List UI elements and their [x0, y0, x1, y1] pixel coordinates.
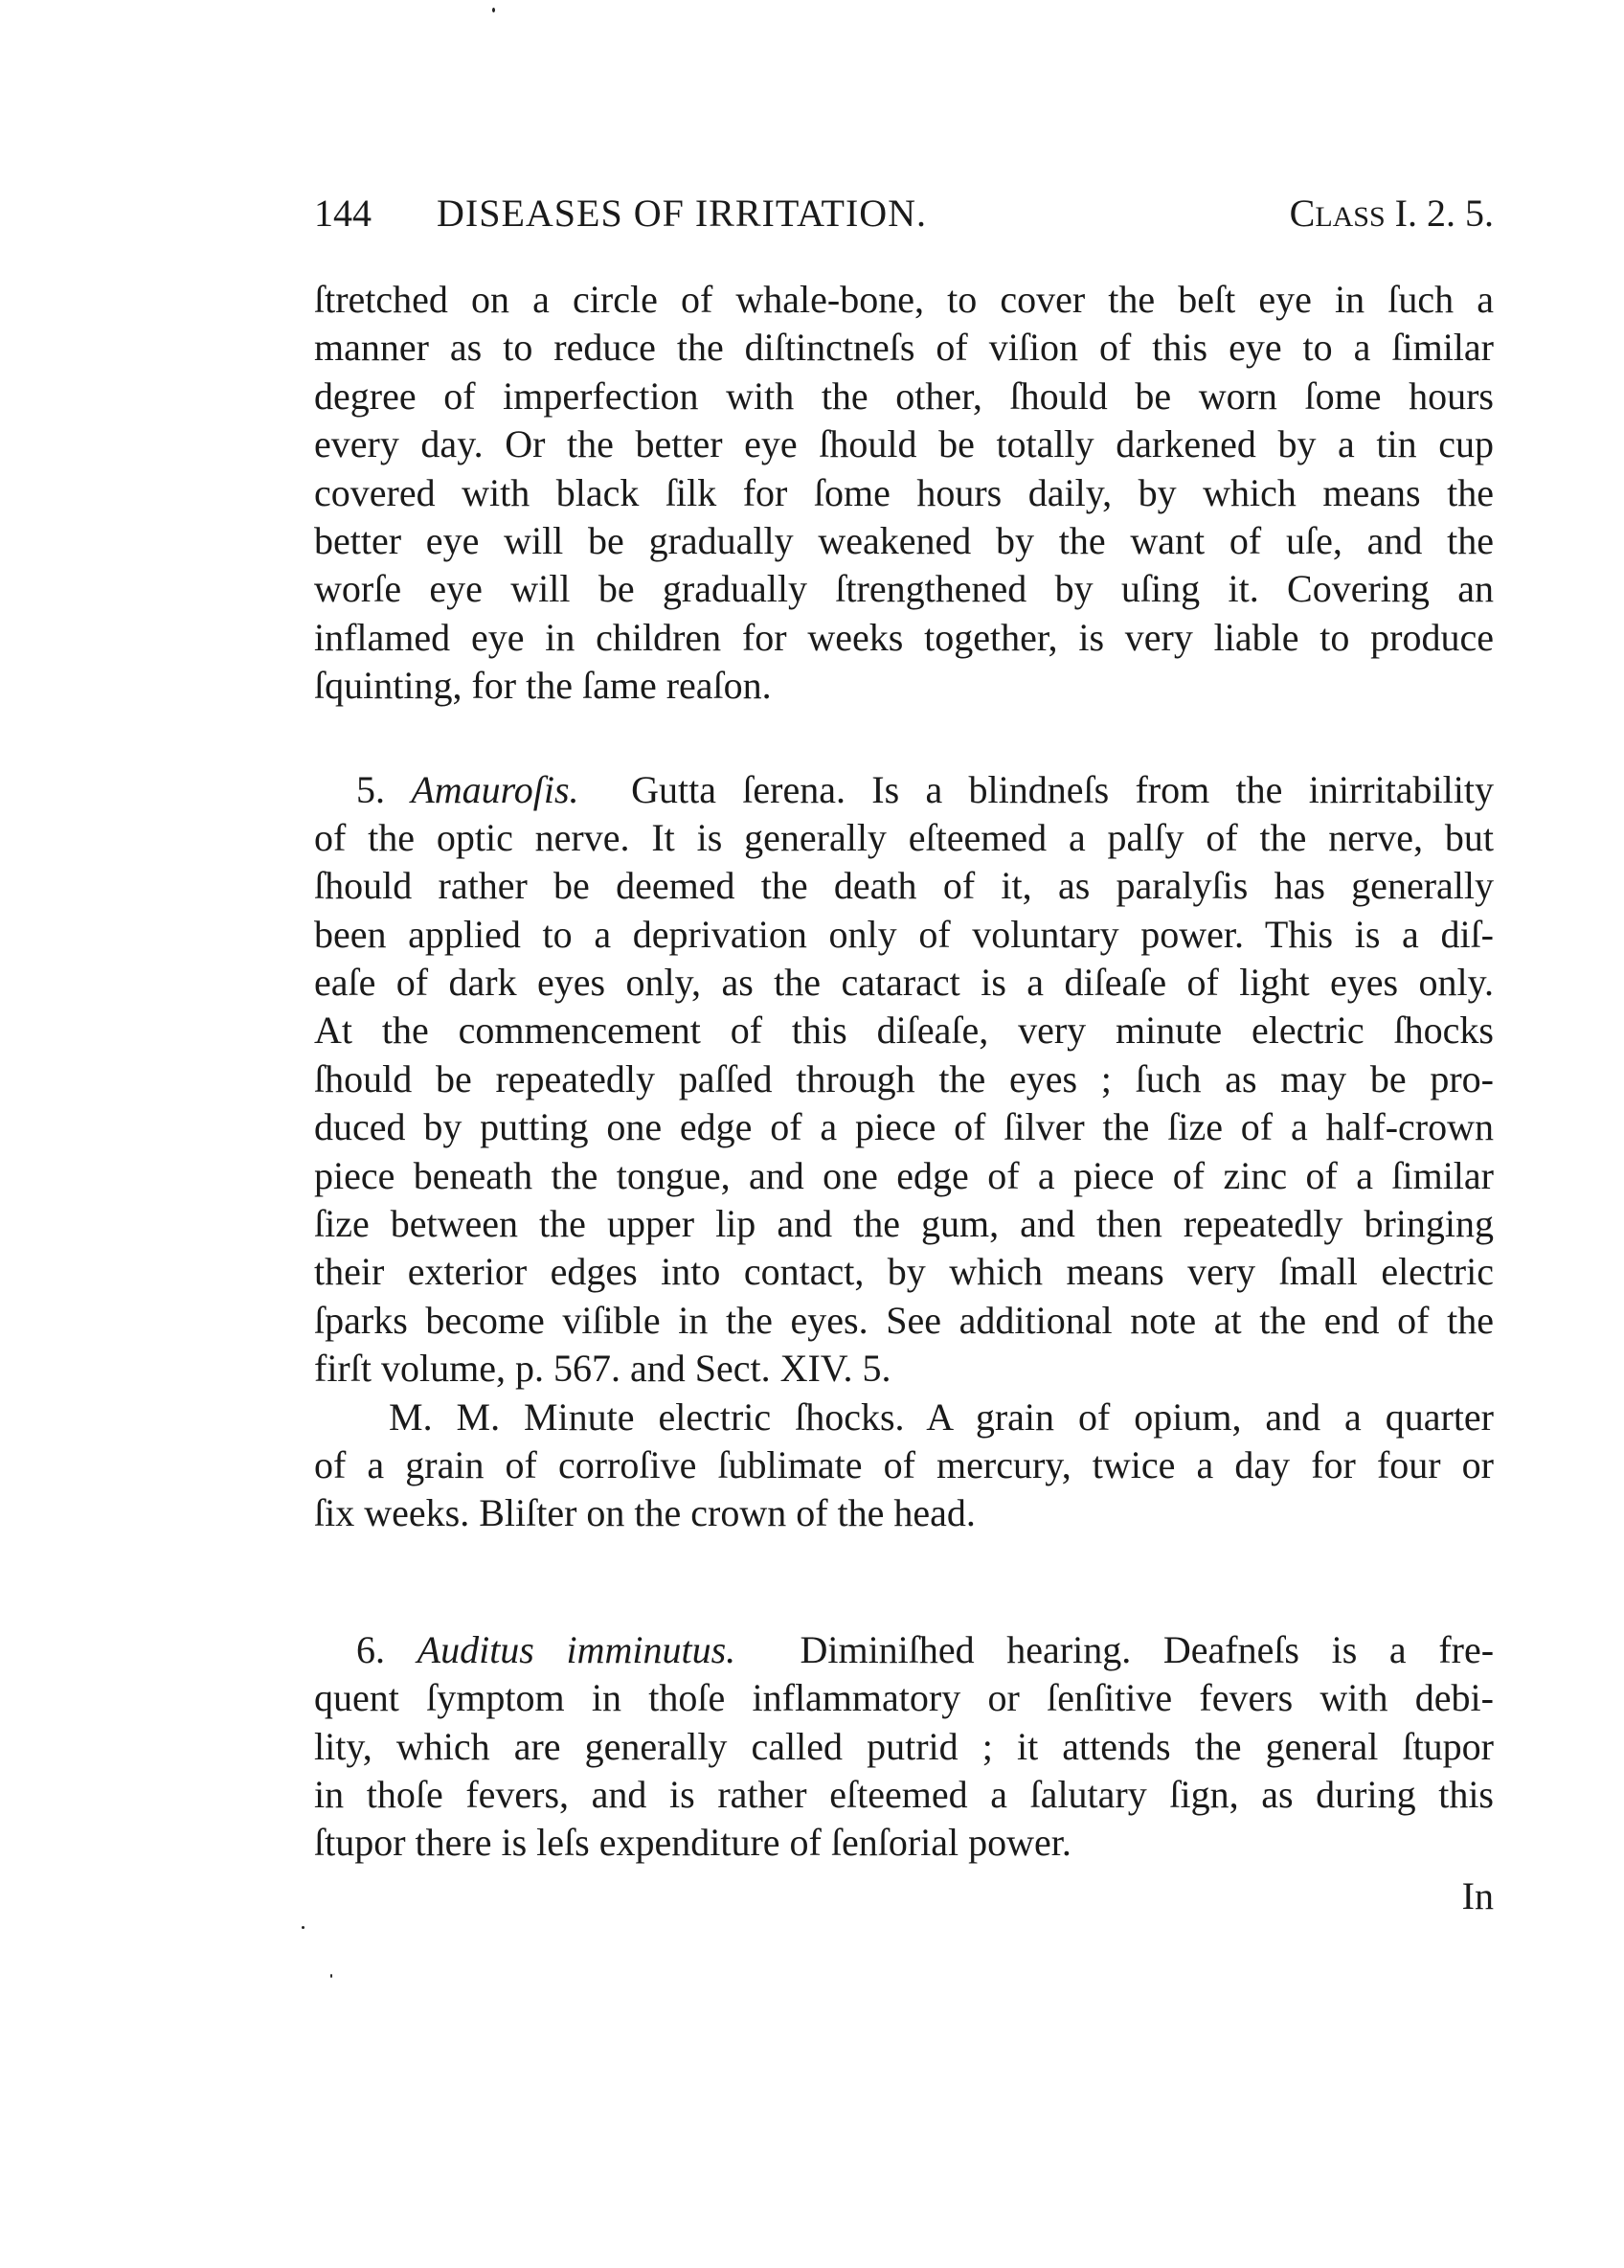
running-title: DISEASES OF IRRITATION. [437, 190, 927, 238]
paragraph-continuation: ſtretched on a circle of whale-bone, to … [314, 276, 1494, 711]
text-line: better eye will be gradually weakened by… [314, 517, 1494, 565]
text-line: degree of imperfection with the other, ſ… [314, 373, 1494, 420]
page-body: ſtretched on a circle of whale-bone, to … [314, 276, 1494, 1868]
class-prefix-initial: C [1290, 192, 1316, 235]
text-line: eaſe of dark eyes only, as the cataract … [314, 959, 1494, 1007]
text-line: duced by putting one edge of a piece of … [314, 1103, 1494, 1151]
text-line: lity, which are generally called putrid … [314, 1723, 1494, 1771]
text-line: ſtupor there is leſs expenditure of ſenſ… [314, 1819, 1494, 1867]
catchword: In [1462, 1872, 1494, 1920]
section-number: 5. [356, 768, 385, 811]
section-gap [314, 1538, 1494, 1626]
section-first-line: 6. Auditus imminutus. Diminiſhed hearing… [314, 1626, 1494, 1674]
class-prefix-smallcaps: LASS [1315, 201, 1385, 233]
text-line: ſhould be repeatedly paſſed through the … [314, 1055, 1494, 1103]
section-first-line-text: Diminiſhed hearing. Deafneſs is a fre- [800, 1628, 1494, 1671]
scan-speck [492, 8, 495, 12]
text-line: every day. Or the better eye ſhould be t… [314, 420, 1494, 468]
text-line: firſt volume, p. 567. and Sect. XIV. 5. [314, 1345, 1494, 1393]
text-line: ſhould rather be deemed the death of it,… [314, 862, 1494, 910]
text-line: ſix weeks. Bliſter on the crown of the h… [314, 1489, 1494, 1537]
class-number: I. 2. 5. [1386, 192, 1494, 235]
text-line: quent ſymptom in thoſe inflammatory or ſ… [314, 1674, 1494, 1722]
section-first-line: 5. Amauroſis. Gutta ſerena. Is a blindne… [314, 766, 1494, 814]
text-line: worſe eye will be gradually ſtrengthened… [314, 565, 1494, 613]
class-reference: CLASS I. 2. 5. [1290, 190, 1494, 241]
page-number: 144 [314, 190, 372, 238]
section-auditus-imminutus: 6. Auditus imminutus. Diminiſhed hearing… [314, 1626, 1494, 1868]
text-line: piece beneath the tongue, and one edge o… [314, 1152, 1494, 1200]
text-line: ſtretched on a circle of whale-bone, to … [314, 276, 1494, 324]
scan-speck [302, 1926, 304, 1929]
text-line: covered with black ſilk for ſome hours d… [314, 469, 1494, 517]
running-head: 144 DISEASES OF IRRITATION. CLASS I. 2. … [314, 190, 1494, 238]
section-gap [314, 711, 1494, 766]
text-line: ſquinting, for the ſame reaſon. [314, 662, 1494, 710]
section-number: 6. [356, 1628, 385, 1671]
text-line: manner as to reduce the diſtinctneſs of … [314, 324, 1494, 372]
text-line: ſparks become viſible in the eyes. See a… [314, 1297, 1494, 1345]
section-amaurosis: 5. Amauroſis. Gutta ſerena. Is a blindne… [314, 766, 1494, 1394]
text-line: their exterior edges into contact, by wh… [314, 1248, 1494, 1296]
paragraph-medical-methods: M. M. Minute electric ſhocks. A grain of… [314, 1394, 1494, 1538]
text-line: At the commencement of this diſeaſe, ver… [314, 1007, 1494, 1055]
text-line: inflamed eye in children for weeks toget… [314, 614, 1494, 662]
section-first-line-text: Gutta ſerena. Is a blindneſs from the in… [631, 768, 1494, 811]
scan-speck [330, 1974, 332, 1978]
text-line: of a grain of corroſive ſublimate of mer… [314, 1441, 1494, 1489]
text-line: ſize between the upper lip and the gum, … [314, 1200, 1494, 1248]
text-line: in thoſe fevers, and is rather eſteemed … [314, 1771, 1494, 1819]
section-term: Auditus imminutus. [417, 1628, 736, 1671]
text-line: of the optic nerve. It is generally eſte… [314, 814, 1494, 862]
section-term: Amauroſis. [411, 768, 578, 811]
text-line: M. M. Minute electric ſhocks. A grain of… [314, 1394, 1494, 1441]
text-line: been applied to a deprivation only of vo… [314, 911, 1494, 959]
